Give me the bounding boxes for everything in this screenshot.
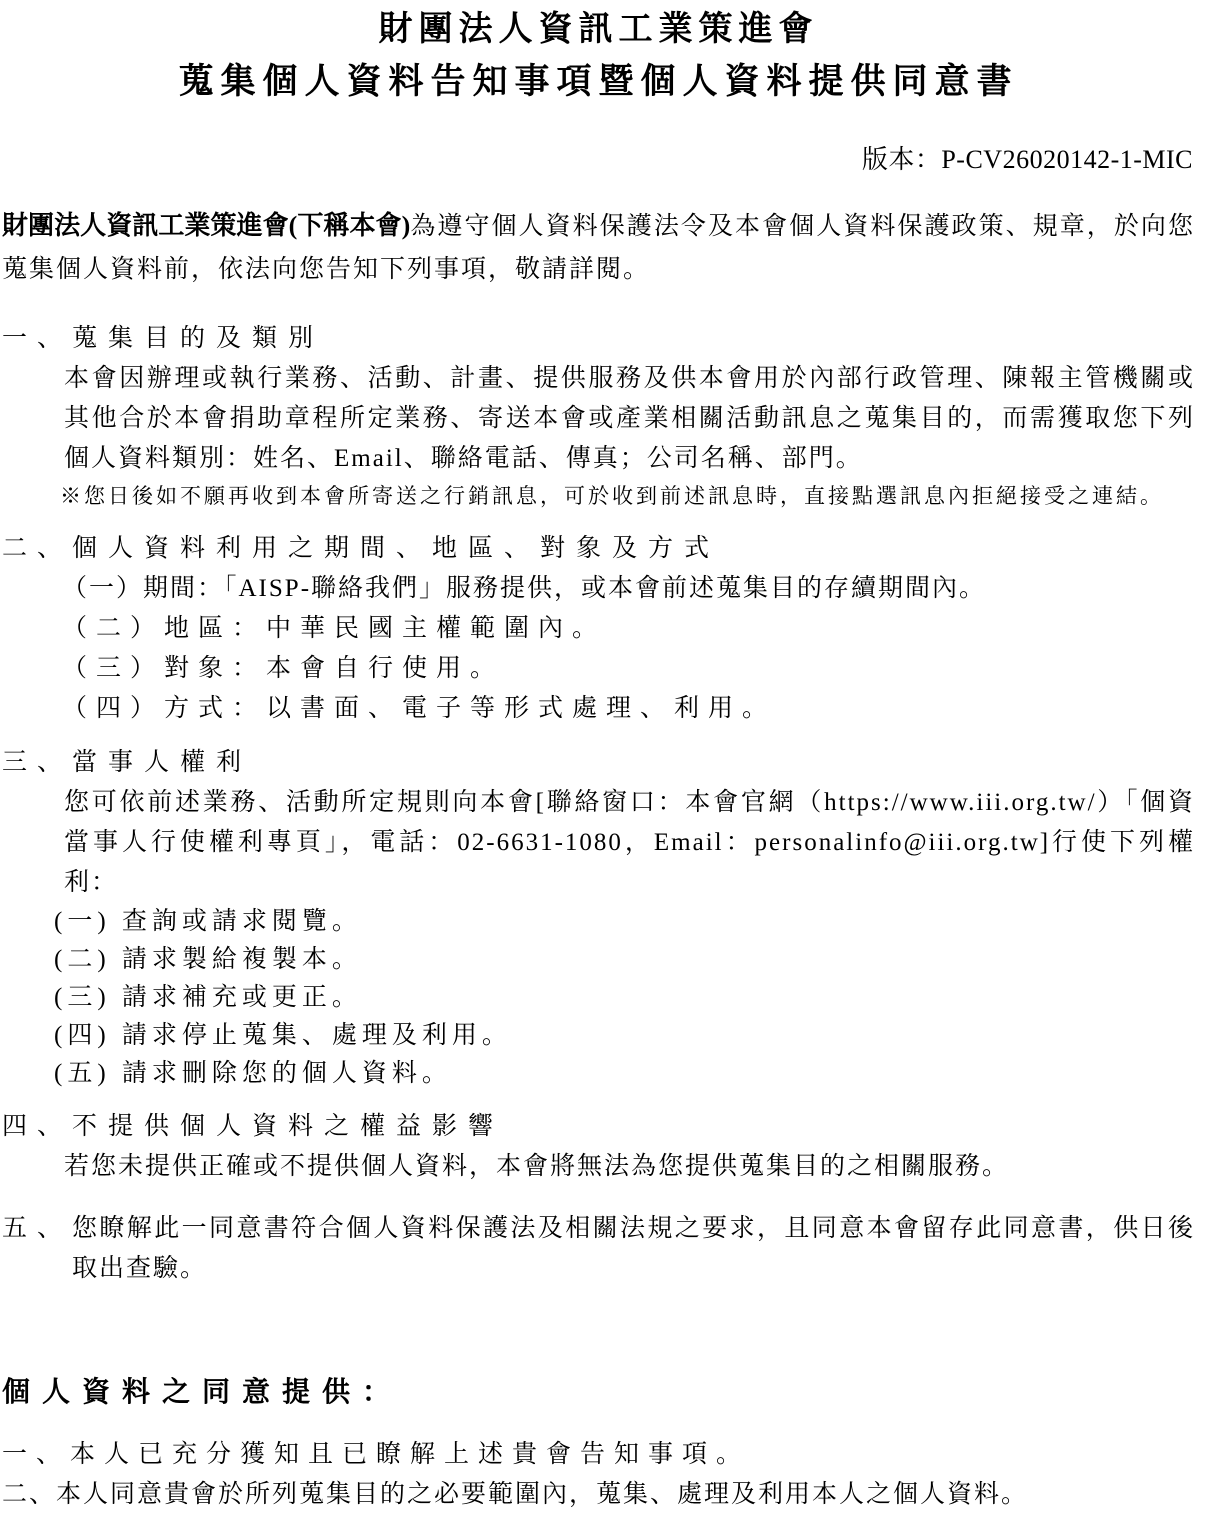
consent-section-heading: 個人資料之同意提供： [2,1371,1195,1415]
version-label: 版本：P-CV26020142-1-MIC [2,144,1195,176]
section-number: 一、 [2,319,72,359]
usage-item-method: （四）方式：以書面、電子等形式處理、利用。 [62,689,1195,729]
consent-item-agree: 二、本人同意貴會於所列蒐集目的之必要範圍內，蒐集、處理及利用本人之個人資料。 [2,1475,1195,1515]
doc-title-line-2: 蒐集個人資料告知事項暨個人資料提供同意書 [2,56,1195,108]
section-number: 二、 [2,529,72,569]
rights-item-copy: (二) 請求製給複製本。 [54,941,1195,979]
rights-item-delete: (五) 請求刪除您的個人資料。 [54,1055,1195,1093]
usage-item-period: （一）期間：「AISP-聯絡我們」服務提供，或本會前述蒐集目的存續期間內。 [62,569,1195,609]
usage-item-target: （三）對象：本會自行使用。 [62,649,1195,689]
section-heading: 不提供個人資料之權益影響 [72,1107,504,1147]
usage-item-area: （二）地區：中華民國主權範圍內。 [62,609,1195,649]
rights-item-inquiry: (一) 查詢或請求閱覽。 [54,903,1195,941]
section-rights-impact: 四、 不提供個人資料之權益影響 若您未提供正確或不提供個人資料，本會將無法為您提… [2,1107,1195,1187]
section-consent-retention: 五、 您瞭解此一同意書符合個人資料保護法及相關法規之要求，且同意本會留存此同意書… [2,1209,1195,1289]
section-collection-purpose: 一、 蒐集目的及類別 本會因辦理或執行業務、活動、計畫、提供服務及供本會用於內部… [2,319,1195,513]
section-heading-row: 二、 個人資料利用之期間、地區、對象及方式 [2,529,1195,569]
section-usage-scope: 二、 個人資料利用之期間、地區、對象及方式 （一）期間：「AISP-聯絡我們」服… [2,529,1195,729]
section-heading: 蒐集目的及類別 [72,319,324,359]
section-heading-row: 五、 您瞭解此一同意書符合個人資料保護法及相關法規之要求，且同意本會留存此同意書… [2,1209,1195,1289]
rights-item-correct: (三) 請求補充或更正。 [54,979,1195,1017]
section-body: 本會因辦理或執行業務、活動、計畫、提供服務及供本會用於內部行政管理、陳報主管機關… [64,359,1195,479]
section-body: 若您未提供正確或不提供個人資料，本會將無法為您提供蒐集目的之相關服務。 [64,1147,1195,1187]
section-body: 您可依前述業務、活動所定規則向本會[聯絡窗口：本會官網（https://www.… [64,783,1195,903]
document-header: 財團法人資訊工業策進會 蒐集個人資料告知事項暨個人資料提供同意書 [2,4,1195,108]
section-heading-row: 四、 不提供個人資料之權益影響 [2,1107,1195,1147]
section-data-subject-rights: 三、 當事人權利 您可依前述業務、活動所定規則向本會[聯絡窗口：本會官網（htt… [2,743,1195,1093]
section-number: 三、 [2,743,72,783]
section-heading-row: 三、 當事人權利 [2,743,1195,783]
section-heading: 您瞭解此一同意書符合個人資料保護法及相關法規之要求，且同意本會留存此同意書，供日… [72,1209,1195,1289]
section-number: 五、 [2,1209,72,1289]
consent-item-acknowledge: 一、本人已充分獲知且已瞭解上述貴會告知事項。 [2,1435,1195,1475]
intro-paragraph: 財團法人資訊工業策進會(下稱本會)為遵守個人資料保護法令及本會個人資料保護政策、… [2,204,1195,291]
section-heading: 個人資料利用之期間、地區、對象及方式 [72,529,720,569]
doc-title-line-1: 財團法人資訊工業策進會 [2,4,1195,56]
section-heading: 當事人權利 [72,743,252,783]
rights-item-stop: (四) 請求停止蒐集、處理及利用。 [54,1017,1195,1055]
marketing-optout-note: ※您日後如不願再收到本會所寄送之行銷訊息，可於收到前述訊息時，直接點選訊息內拒絕… [60,479,1195,513]
consent-document: 財團法人資訊工業策進會 蒐集個人資料告知事項暨個人資料提供同意書 版本：P-CV… [0,0,1205,1525]
section-number: 四、 [2,1107,72,1147]
section-heading-row: 一、 蒐集目的及類別 [2,319,1195,359]
intro-org-name: 財團法人資訊工業策進會(下稱本會) [2,211,410,240]
